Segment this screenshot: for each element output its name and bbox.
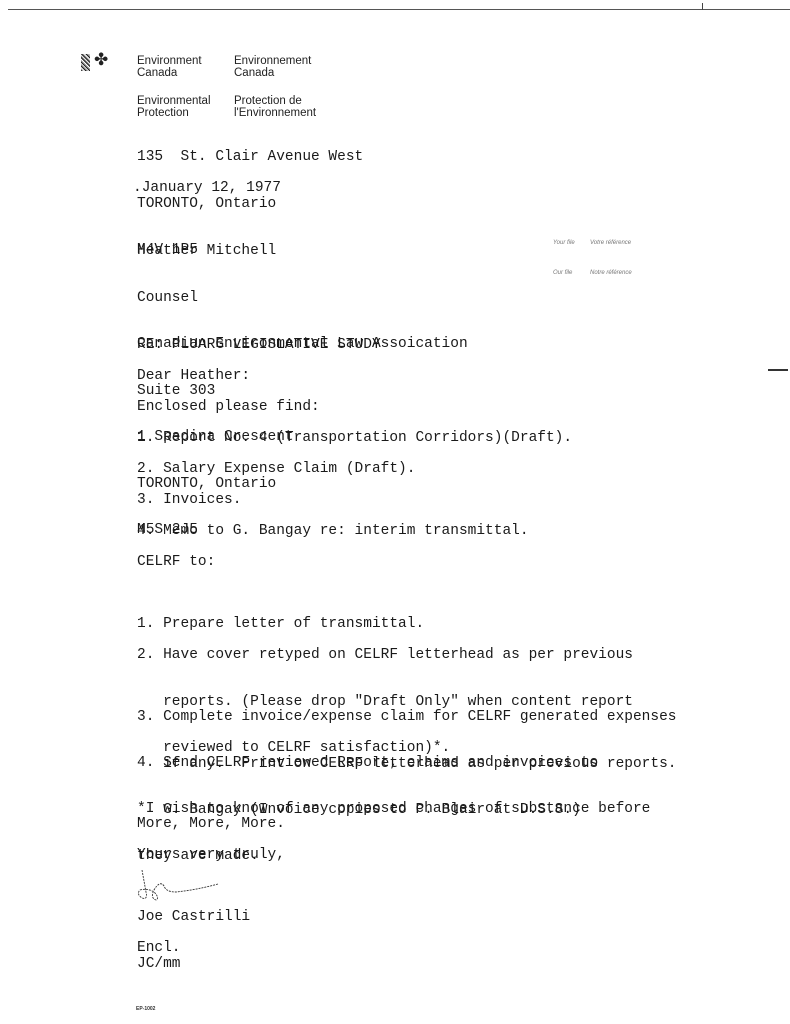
address-line: 135 St. Clair Avenue West <box>137 150 363 166</box>
enclosed-item: 3. Invoices. <box>137 493 241 509</box>
celrf-item-line: 2. Have cover retyped on CELRF letterhea… <box>137 648 633 664</box>
your-file-label: Your file <box>553 240 575 246</box>
our-file-french: Notre référence <box>590 270 632 276</box>
service-fr-line: l'Environnement <box>234 107 316 119</box>
closing: Yours very truly, <box>137 848 285 864</box>
enclosed-item: 4. Memo to G. Bangay re: interim transmi… <box>137 524 529 540</box>
your-file-french: Votre référence <box>590 240 631 246</box>
enclosed-item: 1. Report No. 4 (Transportation Corridor… <box>137 431 572 447</box>
recipient-line: Heather Mitchell <box>137 244 468 260</box>
signature-scribble-icon <box>136 870 236 910</box>
dept-fr-line: Environnement <box>234 55 311 67</box>
service-en-line: Environmental <box>137 95 211 107</box>
celrf-item-line: 3. Complete invoice/expense claim for CE… <box>137 710 677 726</box>
address-line: TORONTO, Ontario <box>137 197 363 213</box>
service-fr-line: Protection de <box>234 95 316 107</box>
dept-french: Environnement Canada <box>234 55 311 79</box>
enclosed-item: 2. Salary Expense Claim (Draft). <box>137 462 415 478</box>
recipient-line: Counsel <box>137 291 468 307</box>
recipient-line: Suite 303 <box>137 384 468 400</box>
recipient-line: TORONTO, Ontario <box>137 477 468 493</box>
enclosure-note: Encl. <box>137 941 181 957</box>
form-code: EP-1002 <box>136 1006 155 1012</box>
maple-leaf-icon: ✤ <box>94 52 108 69</box>
service-french: Protection de l'Environnement <box>234 95 316 119</box>
scan-top-rule <box>8 9 790 10</box>
signatory-name: Joe Castrilli <box>137 910 250 926</box>
closing-remark: More, More, More. <box>137 817 285 833</box>
letter-date: .January 12, 1977 <box>133 181 281 197</box>
typist-initials: JC/mm <box>137 957 181 973</box>
dept-en-line: Canada <box>137 67 202 79</box>
dept-english: Environment Canada <box>137 55 202 79</box>
service-en-line: Protection <box>137 107 211 119</box>
subject-line: RE: PLUARG LEGISLATIVE STUDY <box>137 338 381 354</box>
flag-icon <box>81 54 90 71</box>
celrf-intro: CELRF to: <box>137 555 215 571</box>
service-english: Environmental Protection <box>137 95 211 119</box>
our-file-label: Our file <box>553 270 572 276</box>
dept-fr-line: Canada <box>234 67 311 79</box>
enclosed-intro: Enclosed please find: <box>137 400 320 416</box>
scan-margin-mark <box>768 369 788 371</box>
dept-en-line: Environment <box>137 55 202 67</box>
scan-mark <box>702 3 703 10</box>
celrf-item-line: 4. Send CELRF reviewed Report, claims an… <box>137 756 598 772</box>
salutation: Dear Heather: <box>137 369 250 385</box>
